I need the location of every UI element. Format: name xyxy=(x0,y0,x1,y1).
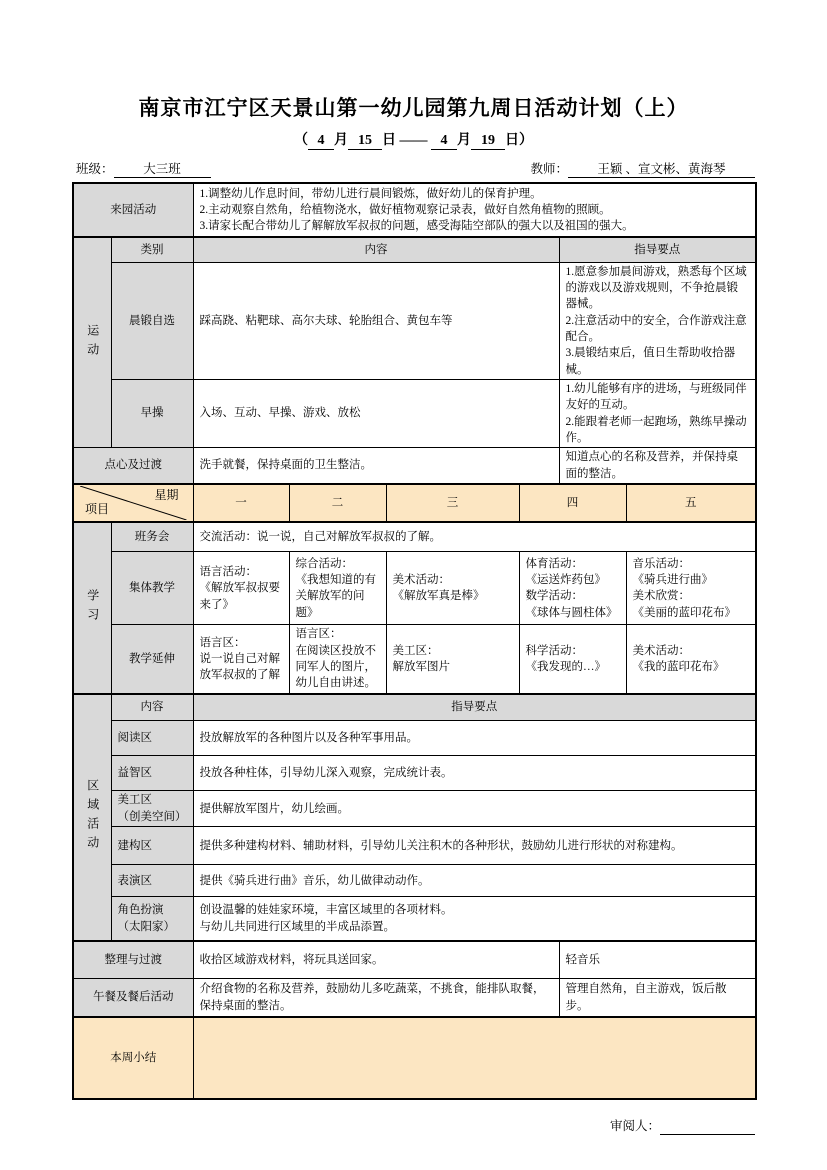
document-sheet: 南京市江宁区天景山第一幼儿园第九周日活动计划（上） （4月15日 —— 4月19… xyxy=(72,96,755,1100)
day1-label: 日 xyxy=(382,133,396,148)
activity-plan-table: 来园活动 1.调整幼儿作息时间，带幼儿进行晨间锻炼，做好幼儿的保育护理。 2.主… xyxy=(72,182,757,1100)
day2-label: 日 xyxy=(505,133,519,148)
reviewer-blank xyxy=(660,1119,755,1135)
sports-section-cell: 运动 xyxy=(73,237,111,448)
sports-content-header: 内容 xyxy=(193,237,559,262)
teaching-extension-thu: 科学活动： 《我发现的…》 xyxy=(519,625,626,694)
construction-area-row: 建构区 提供多种建构材料、辅助材料，引导幼儿关注积木的各种形状，鼓励幼儿进行形状… xyxy=(73,827,756,865)
morning-exercise-label: 晨锻自选 xyxy=(111,262,193,379)
teacher-line: 教师：王颖 、宣文彬、黄海琴 xyxy=(530,159,755,178)
puzzle-area-row: 益智区 投放各种柱体，引导幼儿深入观察，完成统计表。 xyxy=(73,756,756,791)
reading-area-content: 投放解放军的各种图片以及各种军事用品。 xyxy=(193,721,756,756)
teacher-label: 教师： xyxy=(530,162,568,176)
study-section-cell: 学习 xyxy=(73,522,111,694)
tidy-content: 收拾区域游戏材料，将玩具送回家。 xyxy=(193,941,559,979)
sports-section-label: 运动 xyxy=(84,324,101,362)
tidy-label: 整理与过渡 xyxy=(73,941,193,979)
snack-label: 点心及过渡 xyxy=(73,448,193,484)
morning-gym-content: 入场、互动、早操、游戏、放松 xyxy=(193,379,559,447)
day1-blank: 15 xyxy=(348,133,382,150)
group-teaching-label: 集体教学 xyxy=(111,552,193,625)
performance-area-label: 表演区 xyxy=(111,865,193,897)
morning-gym-points: 1.幼儿能够有序的进场，与班级同伴友好的互动。 2.能跟着老师一起跑场，熟练早操… xyxy=(559,379,756,447)
lunch-content: 介绍食物的名称及营养，鼓励幼儿多吃蔬菜，不挑食，能排队取餐，保持桌面的整洁。 xyxy=(193,979,559,1017)
lunch-row: 午餐及餐后活动 介绍食物的名称及营养，鼓励幼儿多吃蔬菜，不挑食，能排队取餐，保持… xyxy=(73,979,756,1017)
page-title: 南京市江宁区天景山第一幼儿园第九周日活动计划（上） xyxy=(72,96,755,121)
day-thu-header: 四 xyxy=(519,484,626,522)
study-section-label: 学习 xyxy=(84,589,101,627)
teaching-extension-tue: 语言区： 在阅读区投放不同军人的图片，幼儿自由讲述。 xyxy=(289,625,386,694)
meta-row: 班级：大三班 教师：王颖 、宣文彬、黄海琴 xyxy=(72,158,755,180)
tidy-points: 轻音乐 xyxy=(559,941,756,979)
group-teaching-thu: 体育活动： 《运送炸药包》 数学活动： 《球体与圆柱体》 xyxy=(519,552,626,625)
class-meeting-row: 学习 班务会 交流活动：说一说，自己对解放军叔叔的了解。 xyxy=(73,522,756,552)
art-area-content: 提供解放军图片，幼儿绘画。 xyxy=(193,791,756,827)
teaching-extension-label: 教学延伸 xyxy=(111,625,193,694)
puzzle-area-content: 投放各种柱体，引导幼儿深入观察，完成统计表。 xyxy=(193,756,756,791)
group-teaching-fri: 音乐活动： 《骑兵进行曲》 美术欣赏： 《美丽的蓝印花布》 xyxy=(626,552,756,625)
lunch-label: 午餐及餐后活动 xyxy=(73,979,193,1017)
tidy-row: 整理与过渡 收拾区域游戏材料，将玩具送回家。 轻音乐 xyxy=(73,941,756,979)
class-meeting-label: 班务会 xyxy=(111,522,193,552)
week-corner-bottom: 项目 xyxy=(85,501,109,518)
morning-gym-row: 早操 入场、互动、早操、游戏、放松 1.幼儿能够有序的进场，与班级同伴友好的互动… xyxy=(73,379,756,447)
class-value: 大三班 xyxy=(114,159,211,178)
reviewer-line: 审阅人： xyxy=(72,1116,755,1135)
region-content-header: 内容 xyxy=(111,694,193,721)
day-mon-header: 一 xyxy=(193,484,289,522)
sports-category-header: 类别 xyxy=(111,237,193,262)
morning-exercise-points: 1.愿意参加晨间游戏，熟悉每个区域的游戏以及游戏规则，不争抢晨锻器械。 2.注意… xyxy=(559,262,756,379)
snack-points: 知道点心的名称及营养，并保持桌面的整洁。 xyxy=(559,448,756,484)
morning-gym-label: 早操 xyxy=(111,379,193,447)
reading-area-label: 阅读区 xyxy=(111,721,193,756)
role-play-area-row: 角色扮演 （太阳家） 创设温馨的娃娃家环境，丰富区域里的各项材料。 与幼儿共同进… xyxy=(73,897,756,941)
month2-blank: 4 xyxy=(431,133,457,150)
week-header-row: 星期 项目 一 二 三 四 五 xyxy=(73,484,756,522)
art-area-row: 美工区 （创美空间） 提供解放军图片，幼儿绘画。 xyxy=(73,791,756,827)
teaching-extension-fri: 美术活动： 《我的蓝印花布》 xyxy=(626,625,756,694)
sports-header-row: 运动 类别 内容 指导要点 xyxy=(73,237,756,262)
teaching-extension-wed: 美工区： 解放军图片 xyxy=(386,625,519,694)
snack-content: 洗手就餐，保持桌面的卫生整洁。 xyxy=(193,448,559,484)
month2-label: 月 xyxy=(457,133,471,148)
group-teaching-wed: 美术活动： 《解放军真是棒》 xyxy=(386,552,519,625)
summary-content xyxy=(193,1017,756,1099)
class-meeting-content: 交流活动：说一说，自己对解放军叔叔的了解。 xyxy=(193,522,756,552)
date-line: （4月15日 —— 4月19日） xyxy=(72,129,755,150)
role-play-area-content: 创设温馨的娃娃家环境，丰富区域里的各项材料。 与幼儿共同进行区域里的半成品添置。 xyxy=(193,897,756,941)
region-header-row: 区域活动 内容 指导要点 xyxy=(73,694,756,721)
region-points-header: 指导要点 xyxy=(193,694,756,721)
lunch-points: 管理自然角，自主游戏，饭后散步。 xyxy=(559,979,756,1017)
week-corner-cell: 星期 项目 xyxy=(73,484,193,522)
month1-label: 月 xyxy=(334,133,348,148)
class-line: 班级：大三班 xyxy=(76,159,211,178)
snack-row: 点心及过渡 洗手就餐，保持桌面的卫生整洁。 知道点心的名称及营养，并保持桌面的整… xyxy=(73,448,756,484)
summary-label: 本周小结 xyxy=(73,1017,193,1099)
date-open: （ xyxy=(294,133,308,148)
reading-area-row: 阅读区 投放解放军的各种图片以及各种军事用品。 xyxy=(73,721,756,756)
region-section-cell: 区域活动 xyxy=(73,694,111,941)
art-area-label: 美工区 （创美空间） xyxy=(111,791,193,827)
date-close: ） xyxy=(519,133,533,148)
teaching-extension-row: 教学延伸 语言区： 说一说自己对解放军叔叔的了解 语言区： 在阅读区投放不同军人… xyxy=(73,625,756,694)
week-corner-top: 星期 xyxy=(154,487,178,504)
construction-area-content: 提供多种建构材料、辅助材料，引导幼儿关注积木的各种形状，鼓励幼儿进行形状的对称建… xyxy=(193,827,756,865)
date-dash: —— xyxy=(400,133,428,148)
teacher-value: 王颖 、宣文彬、黄海琴 xyxy=(568,159,755,178)
day-fri-header: 五 xyxy=(626,484,756,522)
performance-area-row: 表演区 提供《骑兵进行曲》音乐，幼儿做律动动作。 xyxy=(73,865,756,897)
day-wed-header: 三 xyxy=(386,484,519,522)
puzzle-area-label: 益智区 xyxy=(111,756,193,791)
group-teaching-tue: 综合活动： 《我想知道的有关解放军的问题》 xyxy=(289,552,386,625)
class-label: 班级： xyxy=(76,162,114,176)
morning-exercise-content: 踩高跷、粘靶球、高尔夫球、轮胎组合、黄包车等 xyxy=(193,262,559,379)
arrival-label: 来园活动 xyxy=(73,183,193,237)
morning-exercise-row: 晨锻自选 踩高跷、粘靶球、高尔夫球、轮胎组合、黄包车等 1.愿意参加晨间游戏，熟… xyxy=(73,262,756,379)
group-teaching-row: 集体教学 语言活动： 《解放军叔叔要来了》 综合活动： 《我想知道的有关解放军的… xyxy=(73,552,756,625)
group-teaching-mon: 语言活动： 《解放军叔叔要来了》 xyxy=(193,552,289,625)
role-play-area-label: 角色扮演 （太阳家） xyxy=(111,897,193,941)
region-section-label: 区域活动 xyxy=(84,779,101,855)
month1-blank: 4 xyxy=(308,133,334,150)
sports-points-header: 指导要点 xyxy=(559,237,756,262)
summary-row: 本周小结 xyxy=(73,1017,756,1099)
arrival-row: 来园活动 1.调整幼儿作息时间，带幼儿进行晨间锻炼，做好幼儿的保育护理。 2.主… xyxy=(73,183,756,237)
performance-area-content: 提供《骑兵进行曲》音乐，幼儿做律动动作。 xyxy=(193,865,756,897)
construction-area-label: 建构区 xyxy=(111,827,193,865)
day-tue-header: 二 xyxy=(289,484,386,522)
day2-blank: 19 xyxy=(471,133,505,150)
reviewer-label: 审阅人： xyxy=(610,1119,660,1133)
arrival-content: 1.调整幼儿作息时间，带幼儿进行晨间锻炼，做好幼儿的保育护理。 2.主动观察自然… xyxy=(193,183,756,237)
teaching-extension-mon: 语言区： 说一说自己对解放军叔叔的了解 xyxy=(193,625,289,694)
